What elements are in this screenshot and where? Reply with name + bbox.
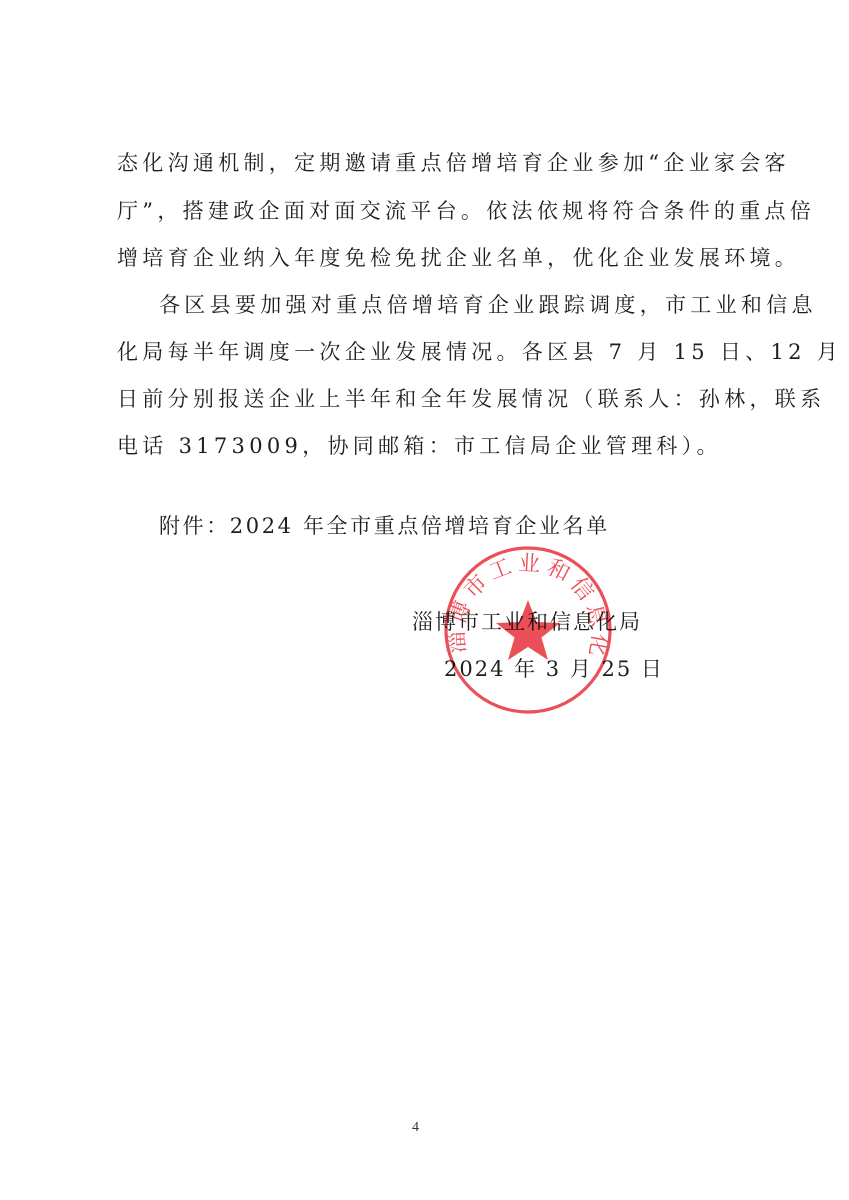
paragraph-1-line-2: 厅”，搭建政企面对面交流平台。依法依规将符合条件的重点倍 <box>117 197 815 225</box>
paragraph-2-line-3: 日前分别报送企业上半年和全年发展情况（联系人：孙林，联系 <box>117 385 825 413</box>
paragraph-2-line-4: 电话 3173009，协同邮箱：市工信局企业管理科）。 <box>117 432 722 460</box>
paragraph-1-line-1: 态化沟通机制，定期邀请重点倍增培育企业参加“企业家会客 <box>117 149 790 177</box>
paragraph-2-line-1: 各区县要加强对重点倍增培育企业跟踪调度，市工业和信息 <box>159 291 817 319</box>
official-seal-stamp: 淄博市工业和信息化局 <box>440 542 616 718</box>
page-number: 4 <box>412 1120 419 1136</box>
paragraph-1-line-3: 增培育企业纳入年度免检免扰企业名单，优化企业发展环境。 <box>117 244 800 272</box>
attachment-line: 附件：2024 年全市重点倍增培育企业名单 <box>159 512 610 540</box>
paragraph-2-line-2: 化局每半年调度一次企业发展情况。各区县 7 月 15 日、12 月 25 <box>117 338 849 366</box>
star-icon <box>496 600 560 660</box>
